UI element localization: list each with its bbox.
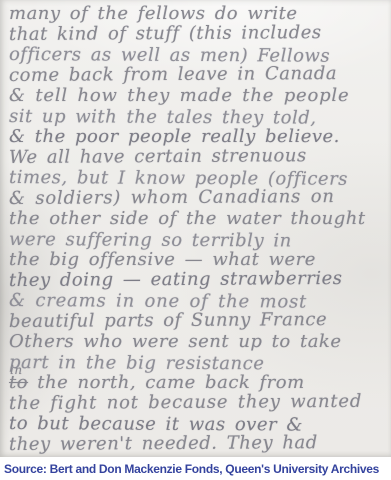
inline-correction: into — [9, 372, 28, 393]
handwritten-line: were suffering so terribly in — [9, 230, 385, 252]
handwritten-line: the fight not because they wanted — [9, 391, 385, 414]
scanned-letter-page: many of the fellows do writethat kind of… — [0, 0, 391, 480]
handwritten-line: they doing — eating strawberries — [9, 268, 385, 291]
source-caption-bar: Source: Bert and Don Mackenzie Fonds, Qu… — [0, 457, 391, 480]
handwritten-line: the other side of the water thought — [9, 209, 385, 230]
source-caption: Source: Bert and Don Mackenzie Fonds, Qu… — [4, 462, 379, 476]
handwritten-line: We all have certain strenuous — [9, 145, 385, 168]
letter-body: many of the fellows do writethat kind of… — [0, 0, 391, 457]
handwritten-line: come back from leave in Canada — [9, 63, 385, 86]
handwritten-line: & soldiers) whom Canadians on — [9, 186, 385, 209]
handwritten-line: part in the big resistance — [9, 353, 385, 375]
handwritten-line: & tell how they made the people — [9, 86, 385, 107]
handwritten-line: beautiful parts of Sunny France — [9, 309, 385, 332]
handwritten-line: & the poor people really believe. — [9, 127, 385, 148]
handwritten-line: they weren't needed. They had — [9, 432, 385, 455]
handwritten-line: many of the fellows do write — [9, 4, 385, 25]
handwritten-line: sit up with the tales they told, — [9, 107, 385, 129]
handwritten-line: Others who were sent up to take — [9, 332, 385, 353]
handwritten-line: that kind of stuff (this includes — [9, 22, 385, 45]
